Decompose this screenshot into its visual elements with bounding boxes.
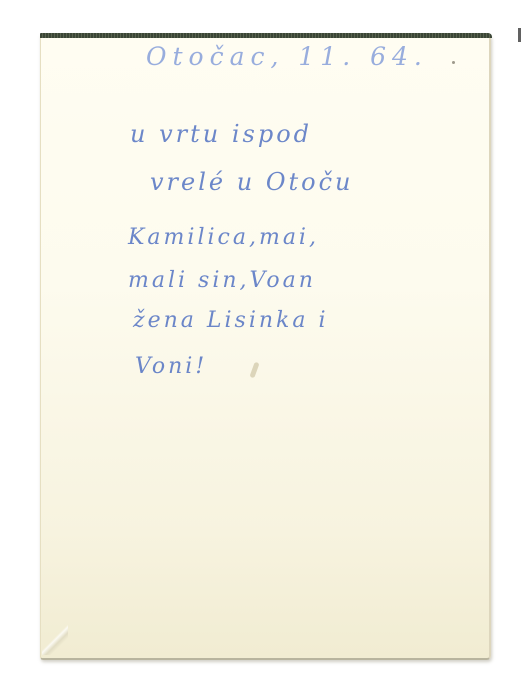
handwritten-line: žena Lisinka i (133, 308, 329, 333)
handwritten-date-line: Otočac, 11. 64. (146, 42, 428, 71)
scanner-edge-mark (518, 28, 521, 42)
handwritten-line: Kamilica,mai, (128, 225, 319, 250)
handwritten-line: vrelé u Otoču (150, 168, 354, 196)
photo-top-edge (40, 33, 492, 38)
handwritten-line: u vrtu ispod (130, 120, 312, 148)
handwritten-line: Voni! (135, 354, 207, 379)
corner-fold (42, 625, 68, 655)
dust-speck (452, 61, 455, 64)
handwritten-line: mali sin,Voan (128, 268, 316, 293)
